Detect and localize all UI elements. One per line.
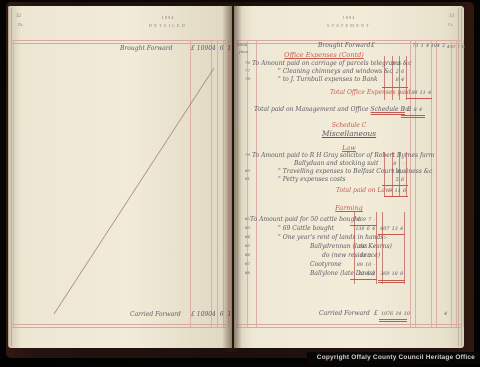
total-underline: [378, 280, 405, 281]
diagonal-cancellation-line: [8, 6, 232, 348]
bf-amount-c: 4797 7 11: [447, 45, 463, 49]
sum-underline: [382, 185, 408, 186]
right-carried-forward-label: Carried Forward: [319, 311, 370, 317]
drawn-column-line: [404, 212, 405, 284]
total-underline: [379, 319, 407, 320]
entry-text: Ballydrennan (late Kearns): [310, 244, 392, 250]
entry-amount: 138 6 4: [352, 227, 375, 232]
right-brought-forward-label: Brought Forward: [318, 43, 371, 49]
right-corner-mark: Cr.: [448, 22, 453, 27]
entry-amount: 8 - -: [384, 162, 404, 167]
rule-line: [410, 40, 411, 327]
entry-prefix: To: [252, 60, 259, 67]
entry-text: One year's rent of lands in hands:-: [283, 234, 388, 241]
rule-line: [247, 40, 248, 327]
right-page-number: 33: [449, 14, 454, 19]
rule-line: [456, 40, 457, 327]
sum-underline: [350, 225, 377, 226]
entry-subtotal: 369 18 8: [380, 272, 403, 277]
left-brought-forward-label: Brought Forward: [120, 46, 173, 52]
rule-line: [236, 327, 462, 328]
entry-prefix: ": [278, 68, 281, 75]
right-page: 33 Cr. 1894 STATEMENT 1894 June: [234, 6, 464, 348]
cf-amount-b: 1076 14 10: [381, 312, 407, 317]
management-total-amount: 103 8 4: [402, 108, 422, 113]
sum-underline: [406, 98, 432, 99]
left-carried-forward-label: Carried Forward: [130, 312, 181, 318]
entry-amount: 469 7 -: [352, 218, 375, 223]
entry-text: Cleaning chimneys and windows &c: [283, 68, 393, 75]
left-page: 32 Dr. 1894 DETAILED Brought Forward £ 1…: [8, 6, 232, 348]
law-total-label: Total paid on Law: [336, 188, 390, 194]
entry-amount: 245 - -: [352, 245, 375, 250]
entry-text: Amount paid to R H Gray solicitor of Rob…: [261, 152, 434, 159]
rule-line: [236, 40, 462, 41]
sum-underline: [384, 196, 408, 197]
rule-line: [463, 40, 464, 327]
entry-text: 69 Cattle bought: [283, 225, 334, 232]
right-section-header: STATEMENT: [294, 23, 404, 28]
miscellaneous-heading: Miscellaneous: [289, 130, 409, 138]
entry-text: Amount paid for 50 cattle bought: [259, 216, 361, 223]
rule-line: [451, 40, 452, 327]
office-total-amount: 89 11 4: [407, 91, 431, 96]
entry-text: Ballyduan and stocking suit: [294, 161, 378, 167]
farming-heading: Farming: [289, 205, 409, 212]
total-underline: [379, 321, 407, 322]
entry-amount: 5 6: [384, 178, 404, 183]
entry-amount: 8 4: [384, 78, 404, 83]
entry-amount: 13 2 -: [352, 254, 375, 259]
entry-amount: 22 6 8: [352, 272, 375, 277]
entry-prefix: ": [278, 234, 281, 241]
sum-underline: [350, 279, 377, 280]
rule-line: [415, 40, 416, 327]
entry-prefix: ": [278, 76, 281, 83]
management-schedule-label: Schedule B: [371, 106, 405, 113]
management-total-text: Total paid on Management and Office: [254, 106, 369, 113]
copyright-watermark: Copyright Offaly County Council Heritage…: [307, 352, 480, 364]
right-brought-forward-currency: £: [371, 43, 375, 49]
book-gutter-shadow: [222, 4, 242, 352]
entry-text: to J. Turnbull expenses to Bank: [283, 76, 378, 83]
entry-prefix: ": [278, 225, 281, 232]
sum-underline: [382, 87, 408, 88]
office-expenses-heading: Office Expenses (Contd): [262, 52, 386, 59]
entry-amount: 3 3 -: [384, 62, 404, 67]
entry-amount: 89 10 -: [352, 263, 375, 268]
entry-text: Cootyrone: [310, 262, 342, 268]
left-brought-forward-currency: £: [191, 45, 195, 52]
entry-text: Travelling expenses to Belfast Court bus…: [283, 168, 433, 175]
cf-amount-c: 4: [437, 312, 447, 317]
total-underline: [401, 117, 425, 118]
rule-line: [236, 324, 462, 325]
ledger-photo: 32 Dr. 1894 DETAILED Brought Forward £ 1…: [0, 0, 480, 367]
entry-amount: 2 6: [384, 70, 404, 75]
entry-prefix: ": [278, 168, 281, 175]
left-carried-forward-currency: £: [191, 311, 195, 318]
total-underline: [401, 115, 425, 116]
entry-prefix: To: [252, 152, 259, 159]
entry-text: Petty expenses costs: [283, 176, 346, 183]
bf-amount-a: 73 1 4: [408, 44, 429, 49]
rule-line: [436, 40, 437, 327]
total-underline: [378, 282, 405, 283]
entry-prefix: ": [278, 176, 281, 183]
right-carried-forward-currency: £: [374, 311, 378, 317]
office-total-label: Total Office Expenses paid: [330, 90, 411, 96]
entry-subtotal: 607 13 4: [380, 227, 403, 232]
right-year: 1894: [294, 15, 404, 20]
rule-line: [256, 40, 257, 327]
law-total-amount: 9 11 6: [386, 189, 406, 194]
entry-prefix: To: [250, 216, 257, 223]
rule-line: [431, 40, 432, 327]
entry-amount: 1 6 -: [384, 170, 404, 175]
law-heading: Law: [289, 145, 409, 152]
